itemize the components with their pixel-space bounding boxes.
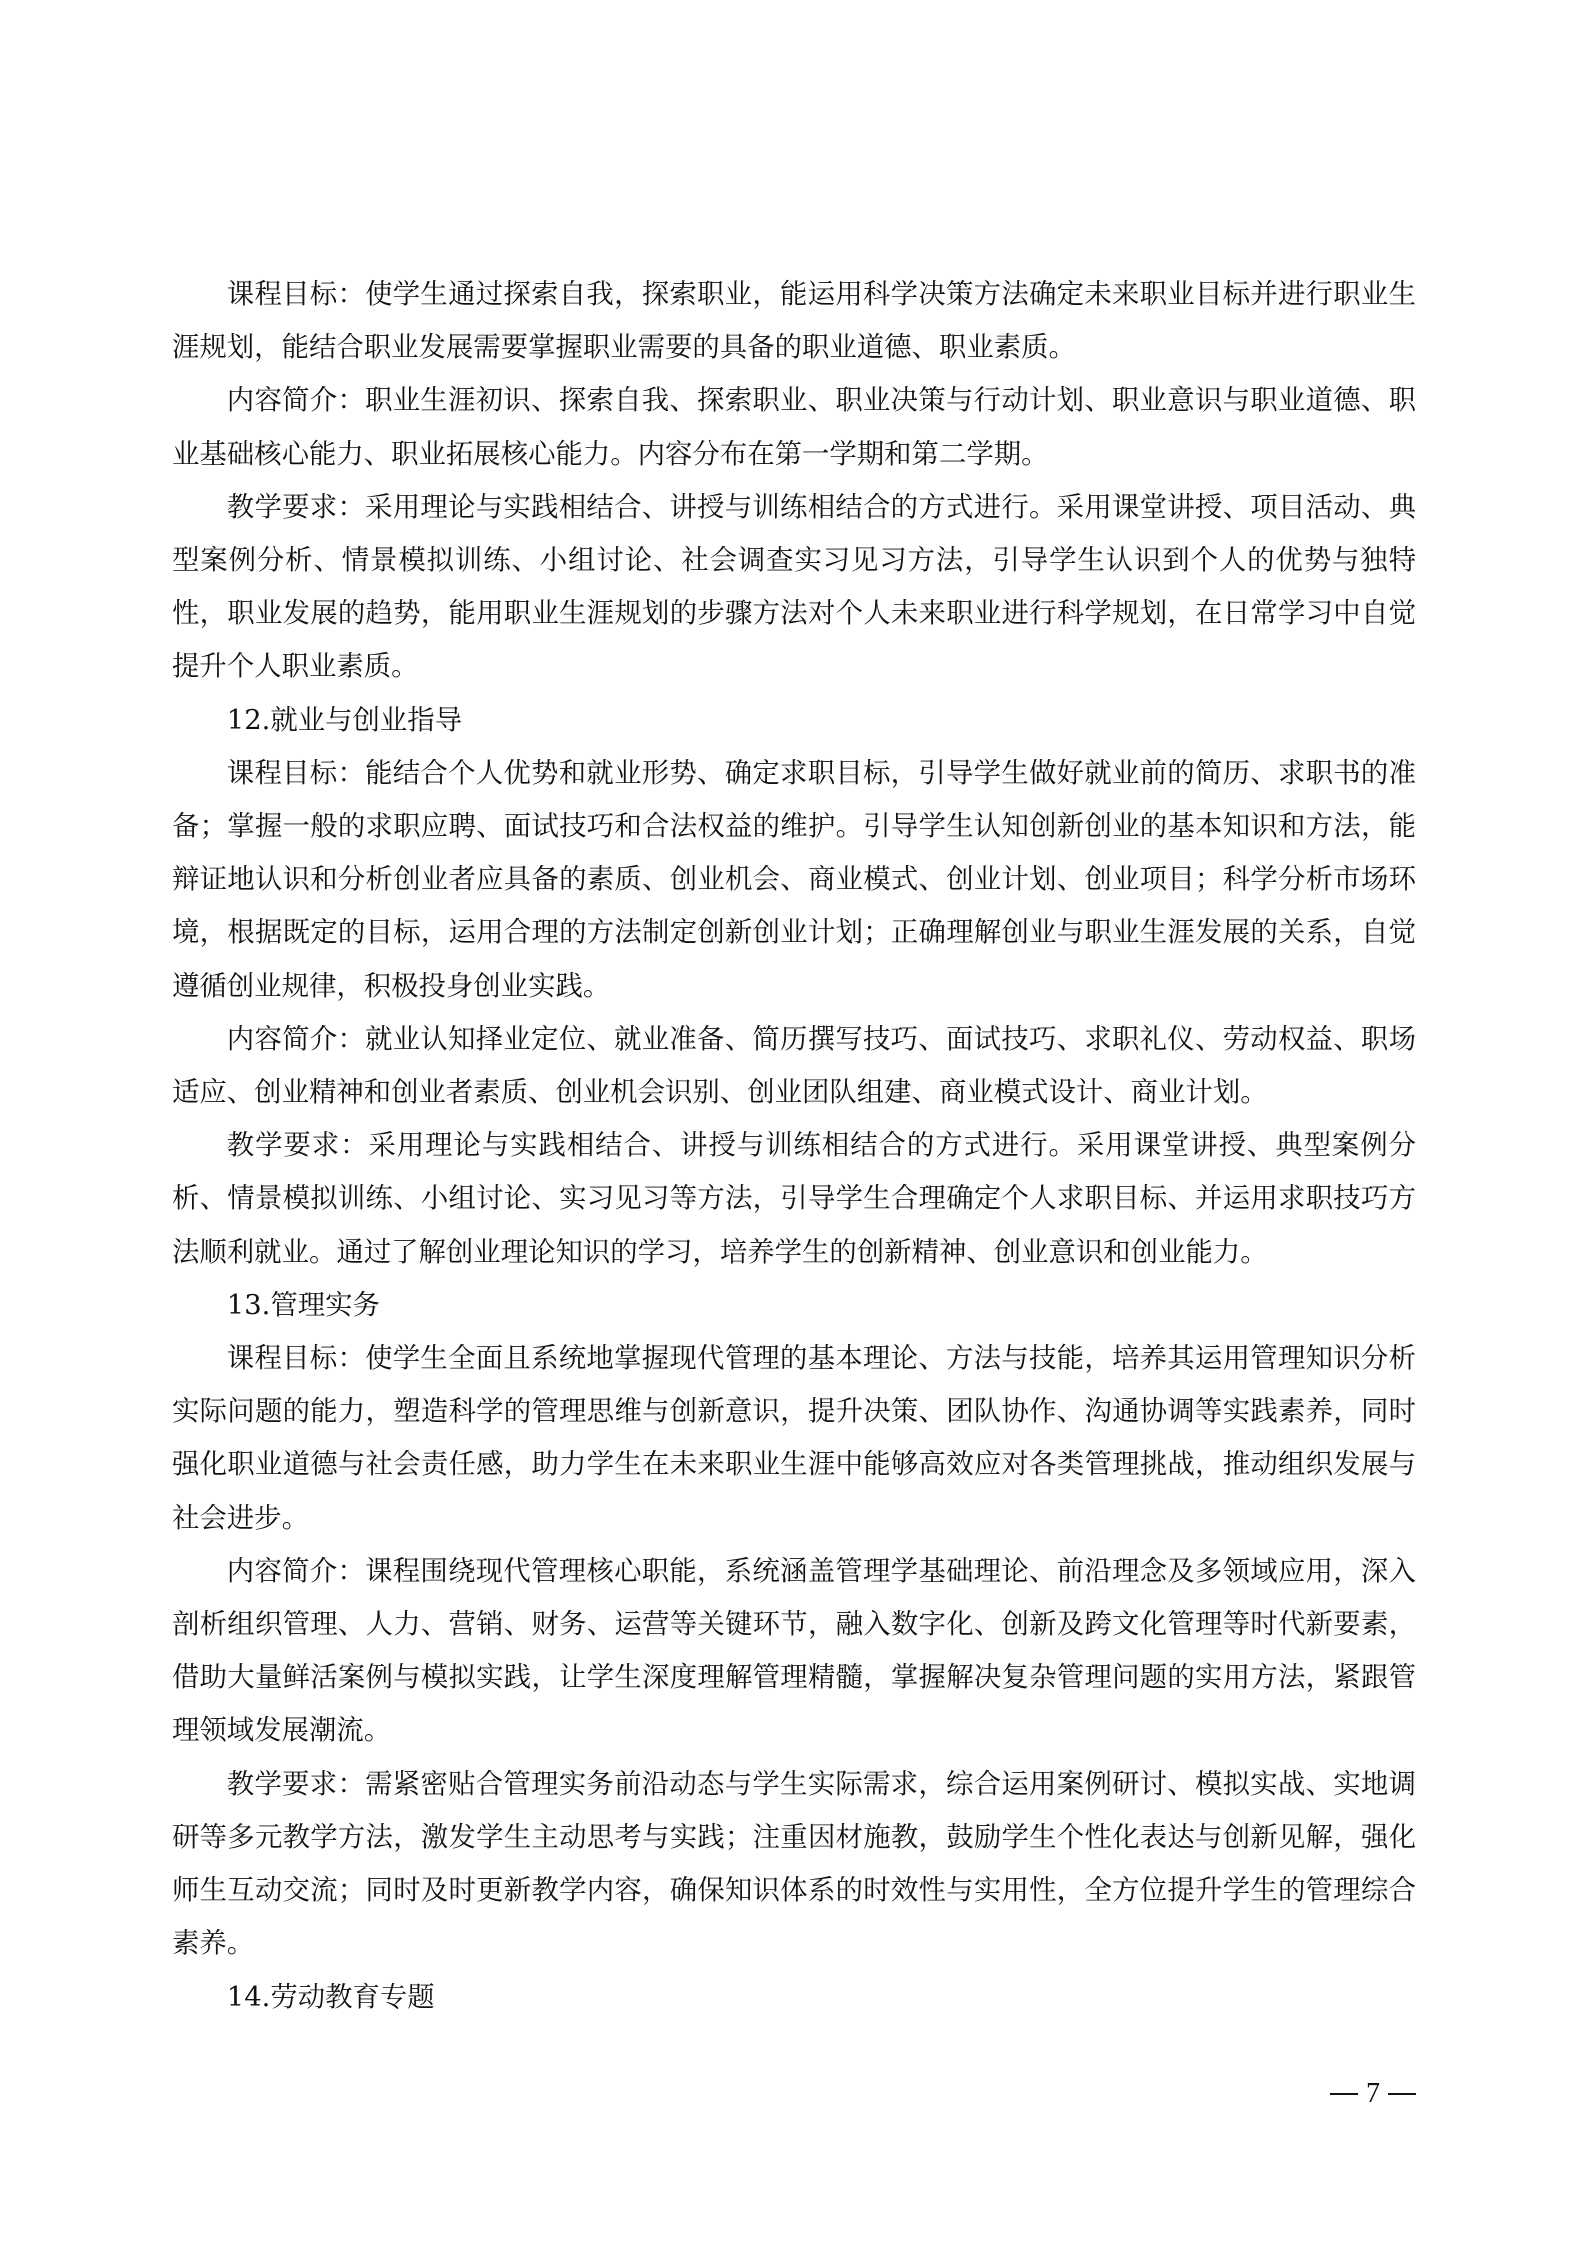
paragraph-career-goal: 课程目标：使学生通过探索自我，探索职业，能运用科学决策方法确定未来职业目标并进行… [172, 268, 1416, 374]
paragraph-career-teaching: 教学要求：采用理论与实践相结合、讲授与训练相结合的方式进行。采用课堂讲授、项目活… [172, 481, 1416, 694]
paragraph-management-teaching: 教学要求：需紧密贴合管理实务前沿动态与学生实际需求，综合运用案例研讨、模拟实战、… [172, 1758, 1416, 1971]
section-heading-14: 14.劳动教育专题 [172, 1971, 1416, 2024]
paragraph-employment-goal: 课程目标：能结合个人优势和就业形势、确定求职目标，引导学生做好就业前的简历、求职… [172, 747, 1416, 1013]
paragraph-management-goal: 课程目标：使学生全面且系统地掌握现代管理的基本理论、方法与技能，培养其运用管理知… [172, 1332, 1416, 1545]
paragraph-career-content: 内容简介：职业生涯初识、探索自我、探索职业、职业决策与行动计划、职业意识与职业道… [172, 374, 1416, 480]
paragraph-employment-content: 内容简介：就业认知择业定位、就业准备、简历撰写技巧、面试技巧、求职礼仪、劳动权益… [172, 1013, 1416, 1119]
section-heading-13: 13.管理实务 [172, 1279, 1416, 1332]
footer-dash-right [1388, 2093, 1416, 2095]
section-heading-12: 12.就业与创业指导 [172, 694, 1416, 747]
paragraph-management-content: 内容简介：课程围绕现代管理核心职能，系统涵盖管理学基础理论、前沿理念及多领域应用… [172, 1545, 1416, 1758]
page-number: 7 [1366, 2078, 1380, 2110]
document-body: 课程目标：使学生通过探索自我，探索职业，能运用科学决策方法确定未来职业目标并进行… [172, 268, 1416, 2024]
paragraph-employment-teaching: 教学要求：采用理论与实践相结合、讲授与训练相结合的方式进行。采用课堂讲授、典型案… [172, 1119, 1416, 1279]
footer-dash-left [1330, 2093, 1358, 2095]
page-footer: 7 [1330, 2078, 1450, 2110]
